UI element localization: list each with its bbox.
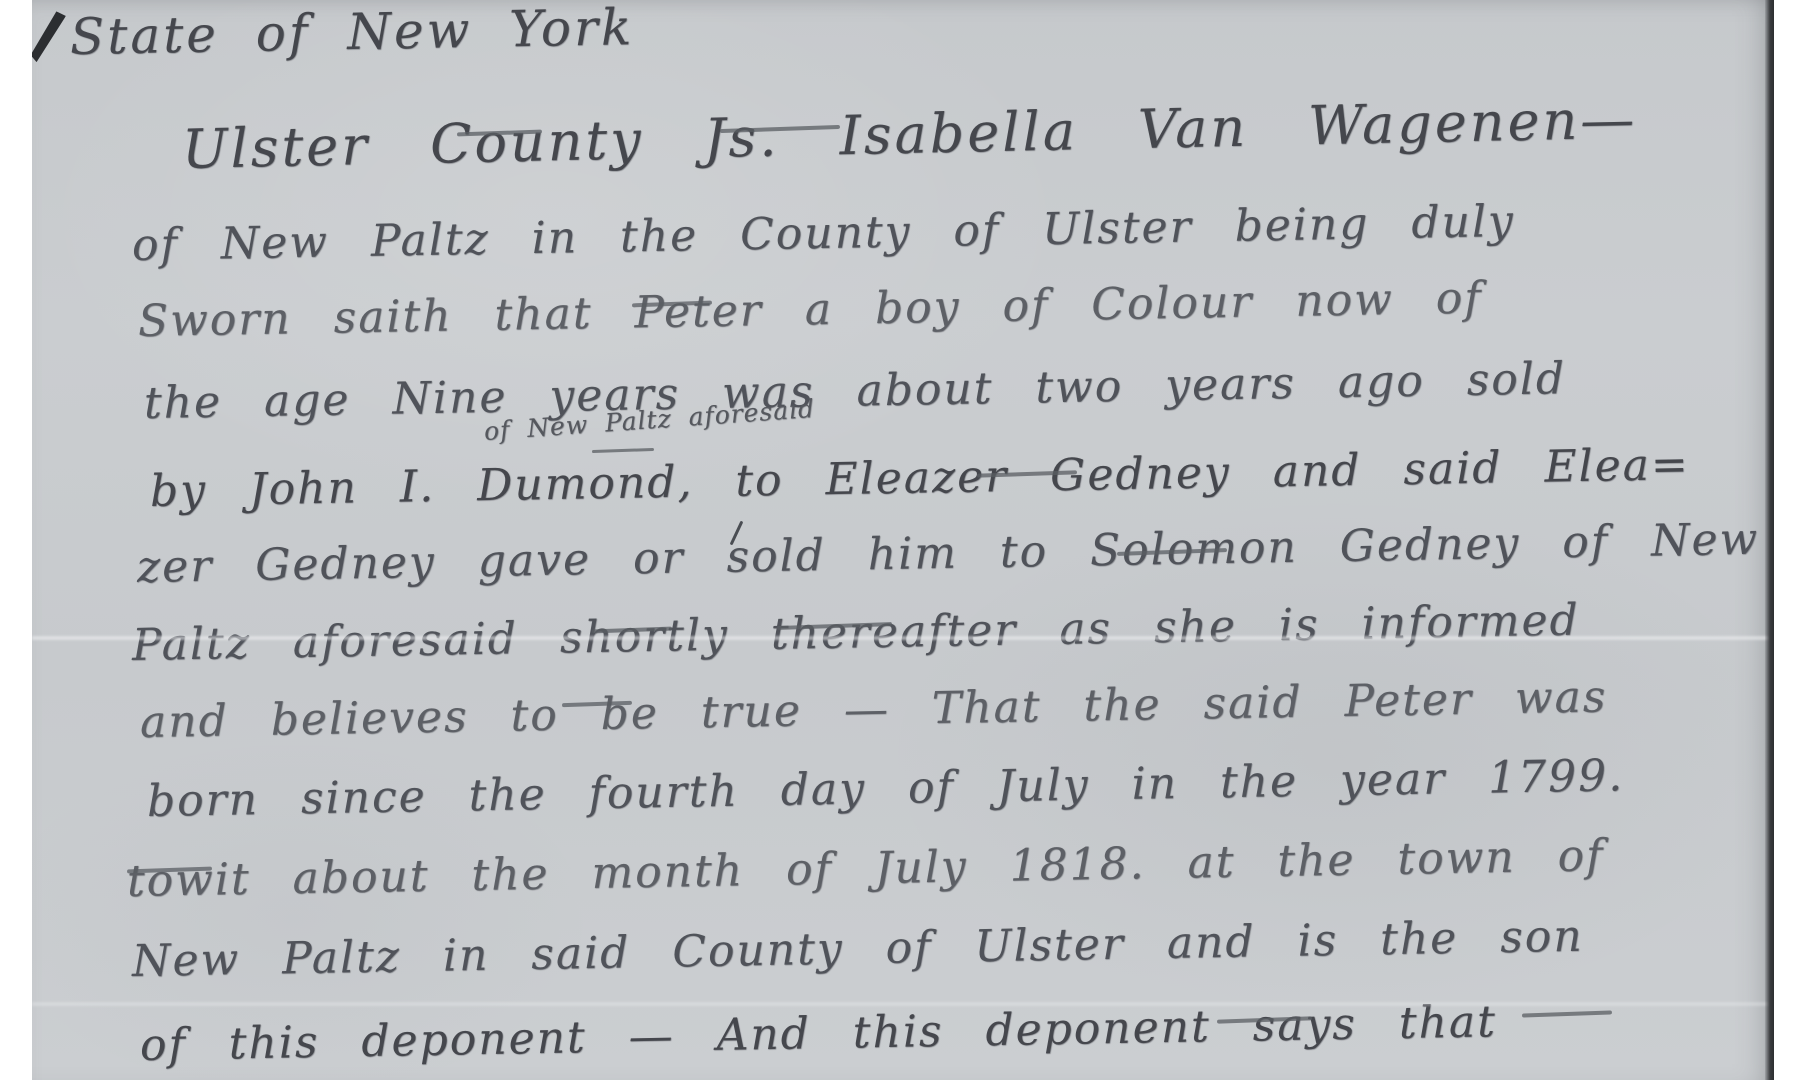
manuscript-line-3: of New Paltz in the County of Ulster bei… <box>132 196 1516 271</box>
fold-crease <box>32 1002 1774 1006</box>
ink-blot-mark <box>32 10 67 63</box>
manuscript-line-9: and believes to be true — That the said … <box>140 671 1608 748</box>
manuscript-line-5: the age Nine years was about two years a… <box>144 353 1567 429</box>
scanned-manuscript-page: State of New York Ulster County Js. Isab… <box>32 0 1774 1080</box>
fold-crease <box>32 636 1774 640</box>
pen-flourish <box>592 448 654 453</box>
pen-flourish <box>1522 1010 1612 1017</box>
manuscript-line-2: Ulster County Js. Isabella Van Wagenen— <box>181 88 1637 181</box>
manuscript-line-12: New Paltz in said County of Ulster and i… <box>132 911 1584 987</box>
manuscript-line-13: of this deponent — And this deponent say… <box>140 996 1498 1071</box>
manuscript-line-10: born since the fourth day of July in the… <box>147 750 1625 827</box>
manuscript-line-11: towit about the month of July 1818. at t… <box>127 830 1605 907</box>
manuscript-line-8: Paltz aforesaid shortly thereafter as sh… <box>132 595 1581 671</box>
manuscript-line-6: by John I. Dumond, to Eleazer Gedney and… <box>150 439 1691 517</box>
manuscript-line-7: zer Gedney gave or sold him to Solomon G… <box>137 514 1760 593</box>
page-edge-shadow <box>1765 0 1774 1080</box>
manuscript-line-4: Sworn saith that Peter a boy of Colour n… <box>138 273 1483 347</box>
manuscript-line-1: State of New York <box>69 0 634 66</box>
